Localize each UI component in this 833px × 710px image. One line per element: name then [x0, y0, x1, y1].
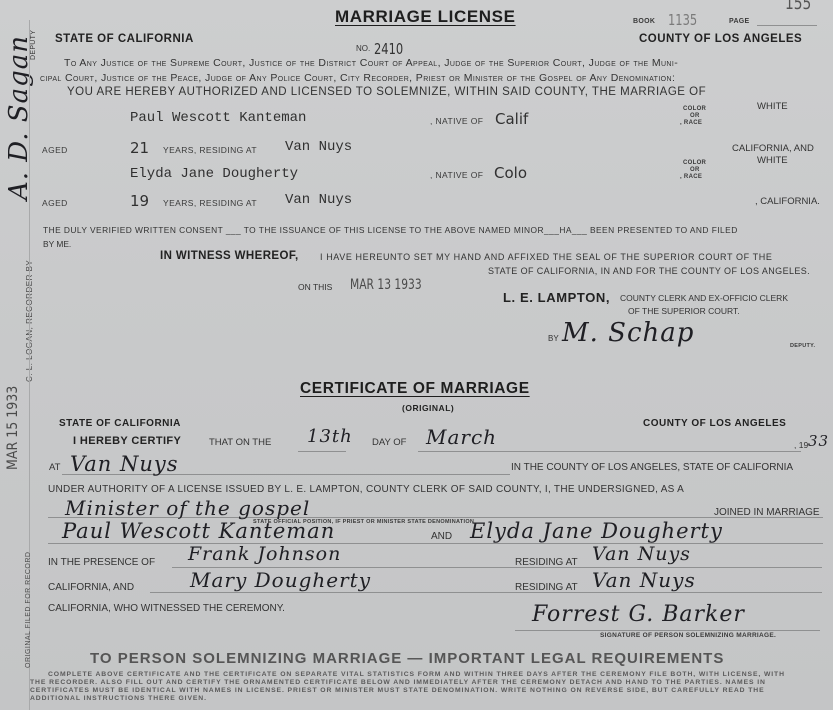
groom-native-label: , NATIVE OF — [430, 116, 483, 126]
bride-years-residing-label: YEARS, RESIDING AT — [163, 198, 257, 208]
witness-2-residence: Van Nuys — [592, 568, 696, 592]
footer-line-1: COMPLETE ABOVE CERTIFICATE AND THE CERTI… — [48, 671, 785, 679]
license-no-label: NO. — [356, 44, 370, 53]
officiant-position: Minister of the gospel — [65, 496, 310, 520]
page-label: PAGE — [729, 18, 750, 25]
footer-heading: TO PERSON SOLEMNIZING MARRIAGE — IMPORTA… — [90, 650, 724, 667]
bride-race: WHITE — [757, 155, 788, 166]
margin-filed-label: ORIGINAL FILED FOR RECORD — [25, 552, 32, 668]
month-value: March — [426, 425, 497, 449]
witness-1-residing-label: RESIDING AT — [515, 557, 578, 568]
certificate-subtitle: (ORIGINAL) — [402, 403, 454, 413]
signature-line — [515, 630, 820, 631]
license-state-label: STATE OF CALIFORNIA — [55, 33, 194, 45]
day-of-label: DAY OF — [372, 437, 407, 448]
bride-color-label: COLOR — [683, 160, 706, 166]
and-label: AND — [431, 531, 452, 542]
spouses-field-line — [48, 543, 823, 544]
bride-residence: Van Nuys — [285, 192, 352, 208]
witness-2-field-line — [150, 592, 822, 593]
bride-or-label: OR — [690, 167, 700, 173]
groom-state-suffix: CALIFORNIA, AND — [732, 143, 814, 154]
spouse-2: Elyda Jane Dougherty — [470, 519, 723, 543]
signature-caption: SIGNATURE OF PERSON SOLEMNIZING MARRIAGE… — [600, 632, 776, 639]
bride-age: 19 — [130, 192, 149, 210]
california-and-label: CALIFORNIA, AND — [48, 582, 134, 593]
year-value: 33 — [808, 432, 829, 450]
certify-bold: I HEREBY CERTIFY — [73, 435, 181, 447]
certificate-title: CERTIFICATE OF MARRIAGE — [300, 380, 530, 398]
spouse-1: Paul Wescott Kanteman — [62, 519, 335, 543]
groom-name: Paul Wescott Kanteman — [130, 110, 306, 126]
certificate-county-label: COUNTY OF LOS ANGELES — [643, 418, 786, 429]
witnessed-text: CALIFORNIA, WHO WITNESSED THE CEREMONY. — [48, 603, 285, 614]
clerk-title-1: COUNTY CLERK AND EX-OFFICIO CLERK — [620, 293, 788, 303]
groom-age: 21 — [130, 139, 149, 157]
book-label: BOOK — [633, 18, 655, 25]
license-county-label: COUNTY OF LOS ANGELES — [639, 33, 802, 45]
year-prefix: , 19 — [794, 440, 808, 450]
groom-native-of: Calif — [495, 110, 528, 128]
witness-1-residence: Van Nuys — [592, 543, 691, 565]
presence-label: IN THE PRESENCE OF — [48, 557, 155, 568]
certificate-state-label: STATE OF CALIFORNIA — [59, 418, 181, 429]
authority-text: UNDER AUTHORITY OF A LICENSE ISSUED BY L… — [48, 484, 684, 495]
officiant-signature: Forrest G. Barker — [532, 602, 745, 627]
book-number: 1135 — [668, 11, 697, 29]
place-value: Van Nuys — [70, 452, 179, 476]
consent-line: THE DULY VERIFIED WRITTEN CONSENT ___ TO… — [43, 225, 738, 235]
deputy-label: DEPUTY. — [790, 343, 815, 349]
by-label: BY — [548, 334, 559, 343]
county-state-text: IN THE COUNTY OF LOS ANGELES, STATE OF C… — [511, 462, 793, 473]
at-label: AT — [49, 462, 60, 473]
authorize-line: YOU ARE HEREBY AUTHORIZED AND LICENSED T… — [67, 86, 706, 98]
witness-2-name: Mary Dougherty — [190, 568, 371, 592]
that-on-the-label: THAT ON THE — [209, 437, 271, 448]
footer-line-3: CERTIFICATES MUST BE IDENTICAL WITH NAME… — [30, 687, 765, 695]
witness-whereof: IN WITNESS WHEREOF, — [160, 250, 299, 262]
certify-label: I HEREBY CERTIFY — [73, 435, 181, 447]
day-field-line — [298, 451, 346, 452]
groom-or-label: OR — [690, 113, 700, 119]
page-field-line — [757, 25, 817, 26]
bride-name: Elyda Jane Dougherty — [130, 166, 298, 182]
groom-race-label: , RACE — [680, 120, 702, 126]
deputy-signature: M. Schap — [562, 318, 694, 348]
clerk-name: L. E. LAMPTON, — [503, 290, 610, 305]
witness-2-residing-label: RESIDING AT — [515, 582, 578, 593]
bride-native-of: Colo — [494, 164, 527, 182]
bride-native-label: , NATIVE OF — [430, 170, 483, 180]
groom-race: WHITE — [757, 101, 788, 112]
on-this-label: ON THIS — [298, 282, 332, 292]
day-value: 13th — [307, 426, 353, 447]
bride-state-suffix: , CALIFORNIA. — [755, 196, 820, 207]
preamble-line-1: To Any Justice of the Supreme Court, Jus… — [64, 57, 678, 69]
filed-date-stamp: MAR 15 1933 — [5, 386, 21, 470]
page-number: 155 — [785, 0, 811, 14]
license-number: 2410 — [374, 40, 403, 58]
consent-line-2: BY ME. — [43, 239, 71, 249]
groom-residence: Van Nuys — [285, 139, 352, 155]
preamble-line-2: cipal Court, Justice of the Peace, Judge… — [40, 72, 675, 84]
bride-race-label: , RACE — [680, 174, 702, 180]
groom-color-label: COLOR — [683, 106, 706, 112]
groom-years-residing-label: YEARS, RESIDING AT — [163, 145, 257, 155]
bride-aged-label: AGED — [42, 198, 68, 208]
footer-line-4: ADDITIONAL INSTRUCTIONS THERE GIVEN. — [30, 695, 207, 703]
license-title: MARRIAGE LICENSE — [335, 7, 516, 27]
marriage-license-document: DEPUTY A. D. Sagan C. L. LOGAN, RECORDER… — [0, 0, 833, 710]
witness-1-name: Frank Johnson — [188, 543, 341, 565]
clerk-title-2: OF THE SUPERIOR COURT. — [628, 306, 740, 316]
witness-text-1: I HAVE HEREUNTO SET MY HAND AND AFFIXED … — [320, 252, 772, 262]
witness-text-2: STATE OF CALIFORNIA, IN AND FOR THE COUN… — [488, 266, 810, 276]
footer-line-2: THE RECORDER. ALSO FILL OUT AND CERTIFY … — [30, 679, 766, 687]
issue-date-stamp: MAR 13 1933 — [350, 277, 422, 293]
month-field-line — [418, 451, 801, 452]
groom-aged-label: AGED — [42, 145, 68, 155]
joined-text: JOINED IN MARRIAGE — [714, 507, 820, 518]
